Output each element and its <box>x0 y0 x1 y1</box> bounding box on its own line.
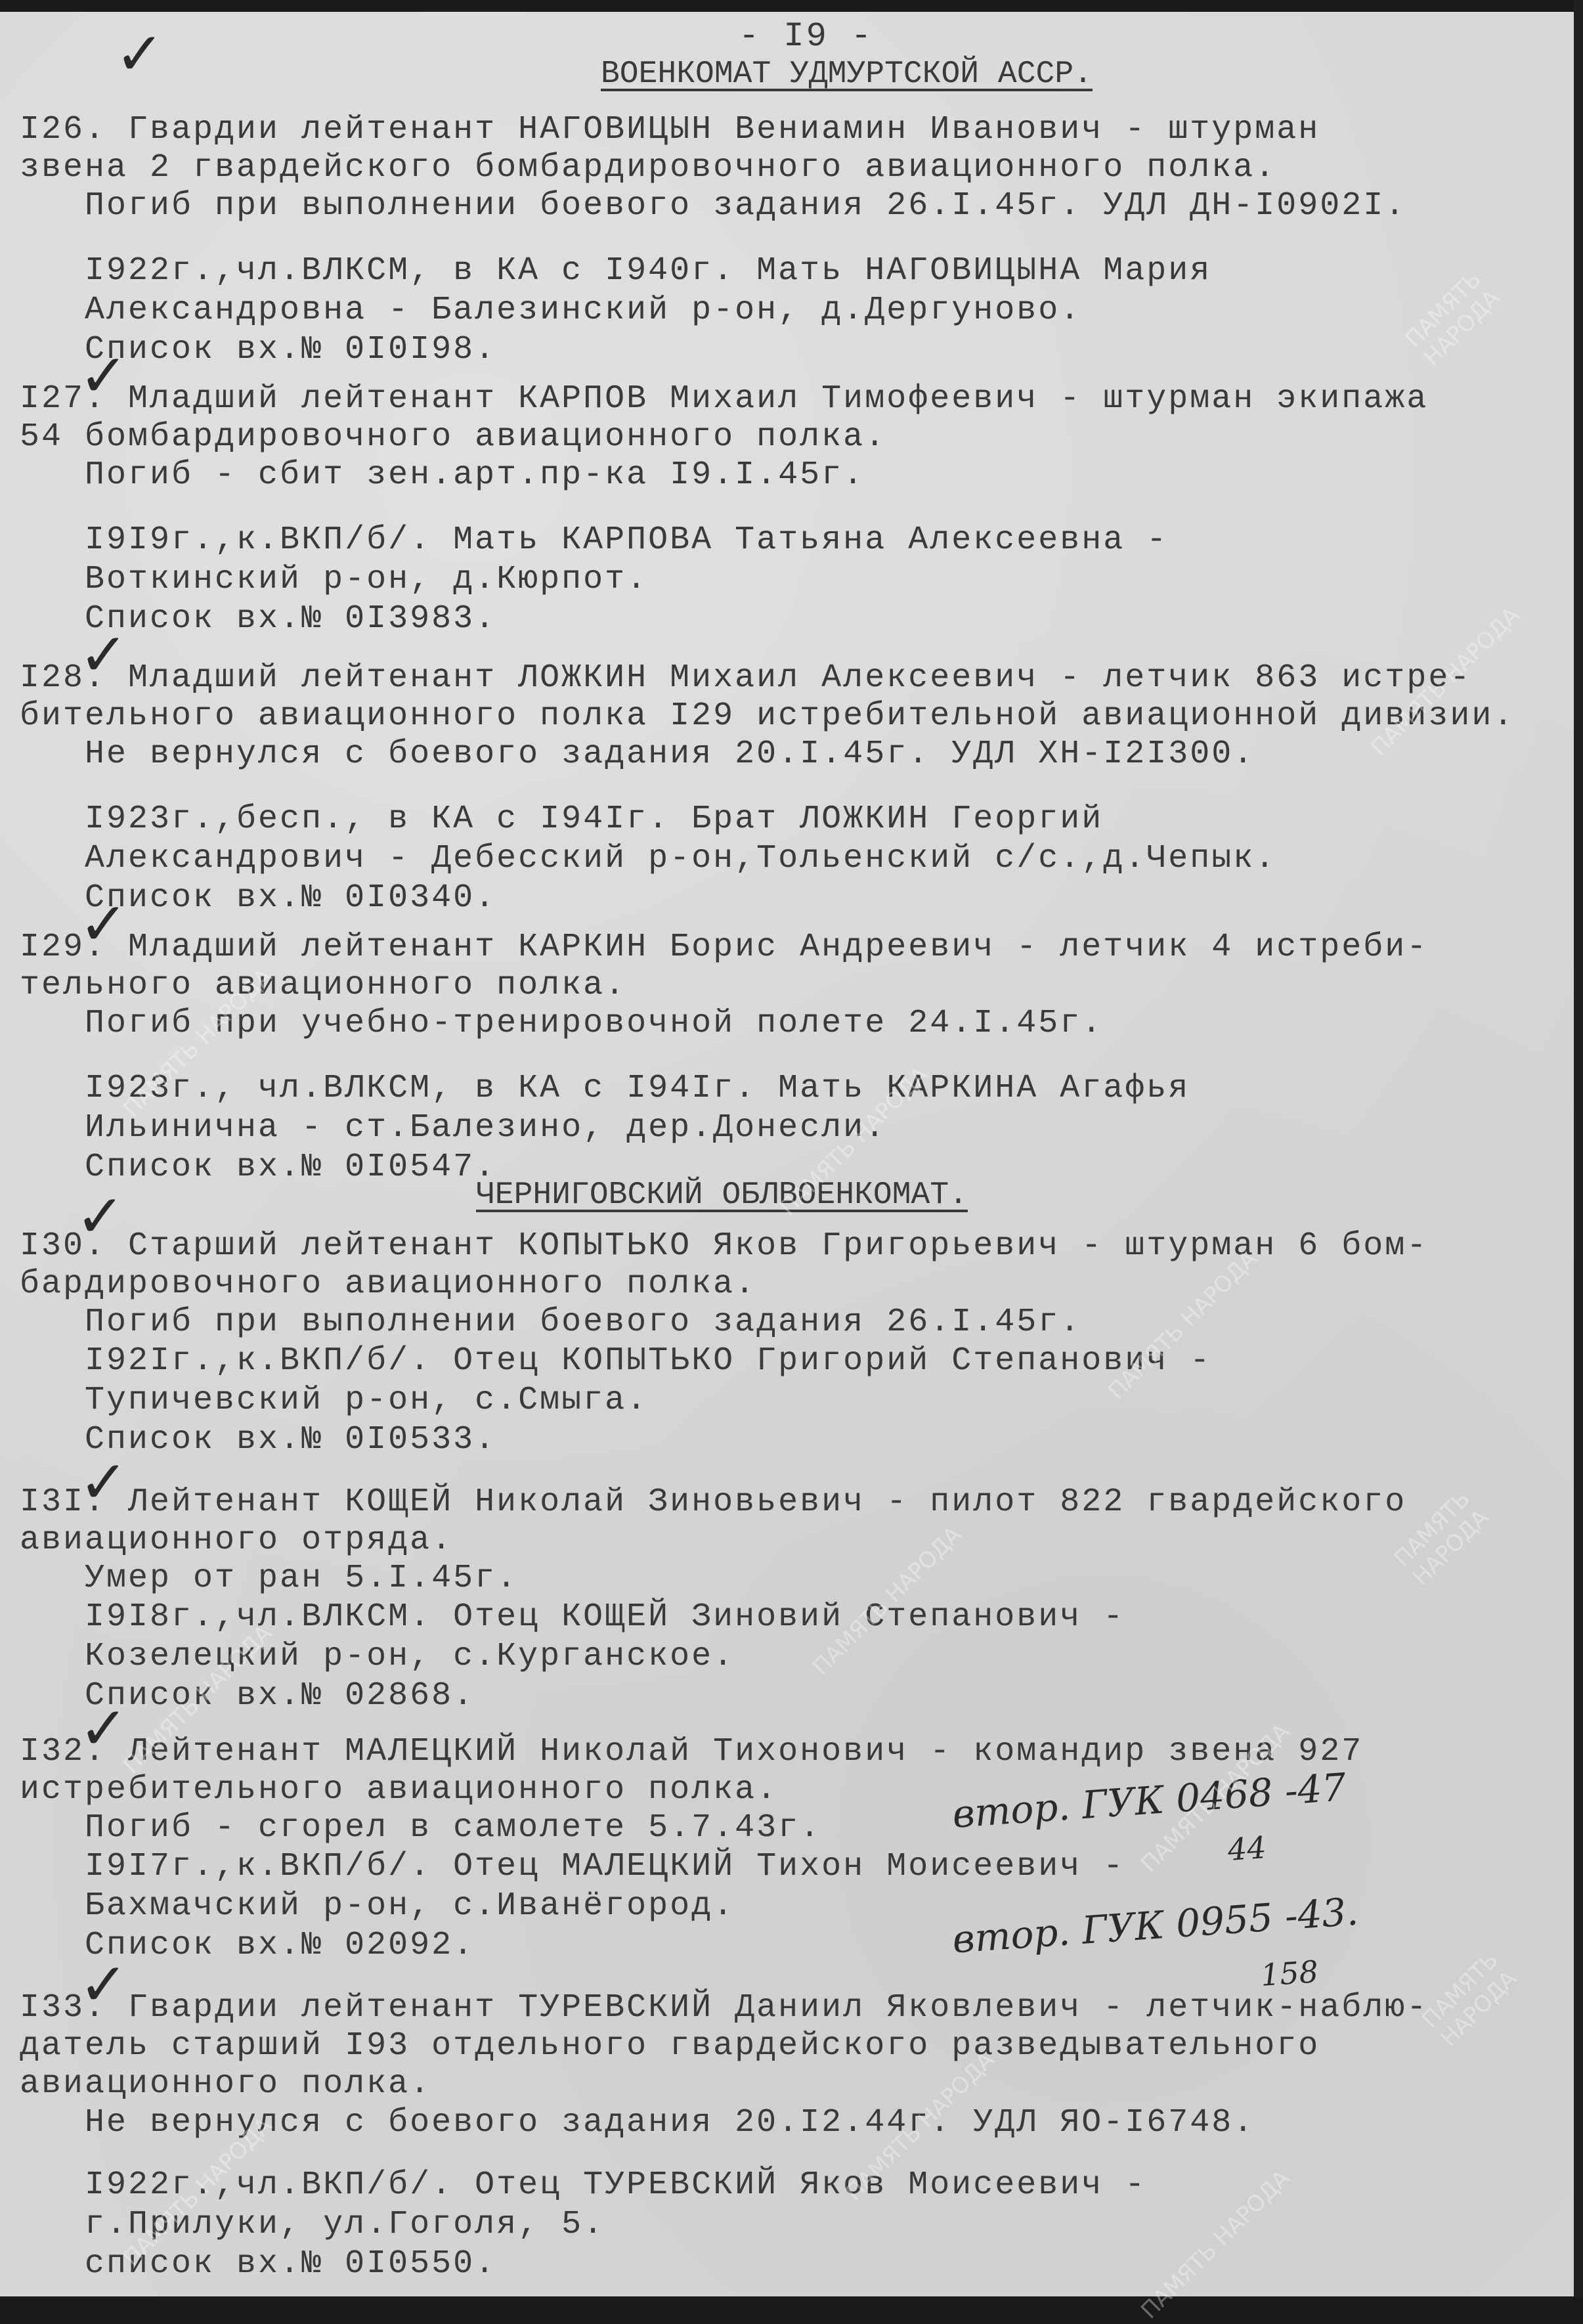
entry-header-line: I29. Младший лейтенант КАРКИН Борис Андр… <box>20 928 1428 967</box>
entry-text-line: список вх.№ 0I0550. <box>20 2245 496 2284</box>
entry-text-line: авиационного отряда. <box>20 1521 453 1560</box>
check-mark-icon: ✓ <box>79 1699 128 1759</box>
entry-text-line: Погиб при учебно-тренировочной полете 24… <box>20 1004 1103 1043</box>
entry-text-line: истребительного авиационного полка. <box>20 1770 778 1810</box>
entry-text-line: Воткинский р-он, д.Кюрпот. <box>20 560 648 600</box>
watermark-text: ПАМЯТЬ НАРОДА <box>1136 2165 1295 2296</box>
entry-header-line: I3I. Лейтенант КОЩЕЙ Николай Зиновьевич … <box>20 1483 1406 1522</box>
entry-text-line: Погиб - сгорел в самолете 5.7.43г. <box>20 1809 821 1848</box>
entry-text-line: тельного авиационного полка. <box>20 966 626 1005</box>
entry-text-line: г.Прилуки, ул.Гоголя, 5. <box>20 2205 605 2245</box>
watermark-text: ПАМЯТЬ НАРОДА <box>1389 1414 1566 1591</box>
entry-text-line: I922г.,чл.ВКП/б/. Отец ТУРЕВСКИЙ Яков Мо… <box>20 2166 1146 2205</box>
watermark-text: ПАМЯТЬ НАРОДА <box>1400 204 1568 372</box>
entry-text-line: датель старший I93 отдельного гвардейско… <box>20 2027 1320 2066</box>
watermark-text: ПАМЯТЬ НАРОДА <box>1417 1898 1570 2051</box>
entry-text-line: Погиб при выполнении боевого задания 26.… <box>20 1303 1081 1342</box>
handwritten-note-2: втор. ГУК 0955 -43. <box>951 1889 1359 1962</box>
entry-text-line: I9I8г.,чл.ВЛКСМ. Отец КОЩЕЙ Зиновий Степ… <box>20 1598 1125 1637</box>
check-mark-icon: ✓ <box>79 626 128 685</box>
entry-text-line: Не вернулся с боевого задания 20.I2.44г.… <box>20 2103 1255 2143</box>
handwritten-note-1: втор. ГУК 0468 -47 <box>951 1765 1347 1837</box>
entry-text-line: Погиб - сбит зен.арт.пр-ка I9.I.45г. <box>20 456 865 495</box>
entry-text-line: I9I7г.,к.ВКП/б/. Отец МАЛЕЦКИЙ Тихон Мои… <box>20 1847 1125 1887</box>
entry-text-line: авиационного полка. <box>20 2065 431 2104</box>
entry-text-line: бительного авиационного полка I29 истреб… <box>20 697 1515 736</box>
entry-text-line: Тупичевский р-он, с.Смыга. <box>20 1381 648 1420</box>
handwritten-note-2-sub: 158 <box>1259 1954 1319 1993</box>
entry-text-line: Не вернулся с боевого задания 20.I.45г. … <box>20 735 1255 774</box>
entry-text-line: звена 2 гвардейского бомбардировочного а… <box>20 148 1276 188</box>
entry-header-line: I32. Лейтенант МАЛЕЦКИЙ Николай Тихонови… <box>20 1732 1363 1772</box>
entry-text-line: Умер от ран 5.I.45г. <box>20 1559 518 1598</box>
entry-text-line: Козелецкий р-он, с.Курганское. <box>20 1637 735 1677</box>
entry-header-line: I33. Гвардии лейтенант ТУРЕВСКИЙ Даниил … <box>20 1988 1428 2028</box>
entry-text-line: I922г.,чл.ВЛКСМ, в КА с I940г. Мать НАГО… <box>20 252 1211 291</box>
handwritten-note-1-sub: 44 <box>1226 1830 1267 1868</box>
entry-header-line: I28. Младший лейтенант ЛОЖКИН Михаил Але… <box>20 659 1471 698</box>
section-heading-udmurt: ВОЕНКОМАТ УДМУРТСКОЙ АССР. <box>601 55 1093 94</box>
entry-text-line: Бахмачский р-он, с.Иванёгород. <box>20 1887 735 1926</box>
check-mark-icon: ✓ <box>79 895 128 954</box>
entry-text-line: I923г.,бесп., в КА с I94Iг. Брат ЛОЖКИН … <box>20 800 1103 839</box>
scan-right-edge <box>1574 0 1583 2296</box>
entry-text-line: I92Iг.,к.ВКП/б/. Отец КОПЫТЬКО Григорий … <box>20 1342 1211 1381</box>
entry-text-line: I923г., чл.ВЛКСМ, в КА с I94Iг. Мать КАР… <box>20 1069 1190 1108</box>
check-mark-icon: ✓ <box>115 25 164 84</box>
entry-text-line: Список вх.№ 0I0547. <box>20 1148 496 1187</box>
entry-text-line: бардировочного авиационного полка. <box>20 1265 756 1304</box>
document-page: - I9 - ВОЕНКОМАТ УДМУРТСКОЙ АССР. I26. Г… <box>0 12 1576 2296</box>
entry-header-line: I26. Гвардии лейтенант НАГОВИЦЫН Вениами… <box>20 110 1320 150</box>
entry-text-line: Александровна - Балезинский р-он, д.Дерг… <box>20 291 1081 330</box>
entry-text-line: I9I9г.,к.ВКП/б/. Мать КАРПОВА Татьяна Ал… <box>20 521 1168 560</box>
section-heading-chernigov: ЧЕРНИГОВСКИЙ ОБЛВОЕНКОМАТ. <box>476 1175 968 1215</box>
entry-text-line: Погиб при выполнении боевого задания 26.… <box>20 186 1406 226</box>
entry-header-line: I30. Старший лейтенант КОПЫТЬКО Яков Гри… <box>20 1227 1428 1266</box>
check-mark-icon: ✓ <box>79 1956 128 2015</box>
scan-top-edge <box>0 0 1583 13</box>
page-number: - I9 - <box>739 17 873 56</box>
entry-text-line: 54 бомбардировочного авиационного полка. <box>20 418 886 457</box>
check-mark-icon: ✓ <box>79 1453 128 1512</box>
entry-text-line: Александрович - Дебесский р-он,Тольенски… <box>20 839 1276 879</box>
check-mark-icon: ✓ <box>76 1187 125 1246</box>
entry-header-line: I27. Младший лейтенант КАРПОВ Михаил Тим… <box>20 380 1428 419</box>
entry-text-line: Ильинична - ст.Балезино, дер.Донесли. <box>20 1108 886 1148</box>
check-mark-icon: ✓ <box>79 347 128 406</box>
